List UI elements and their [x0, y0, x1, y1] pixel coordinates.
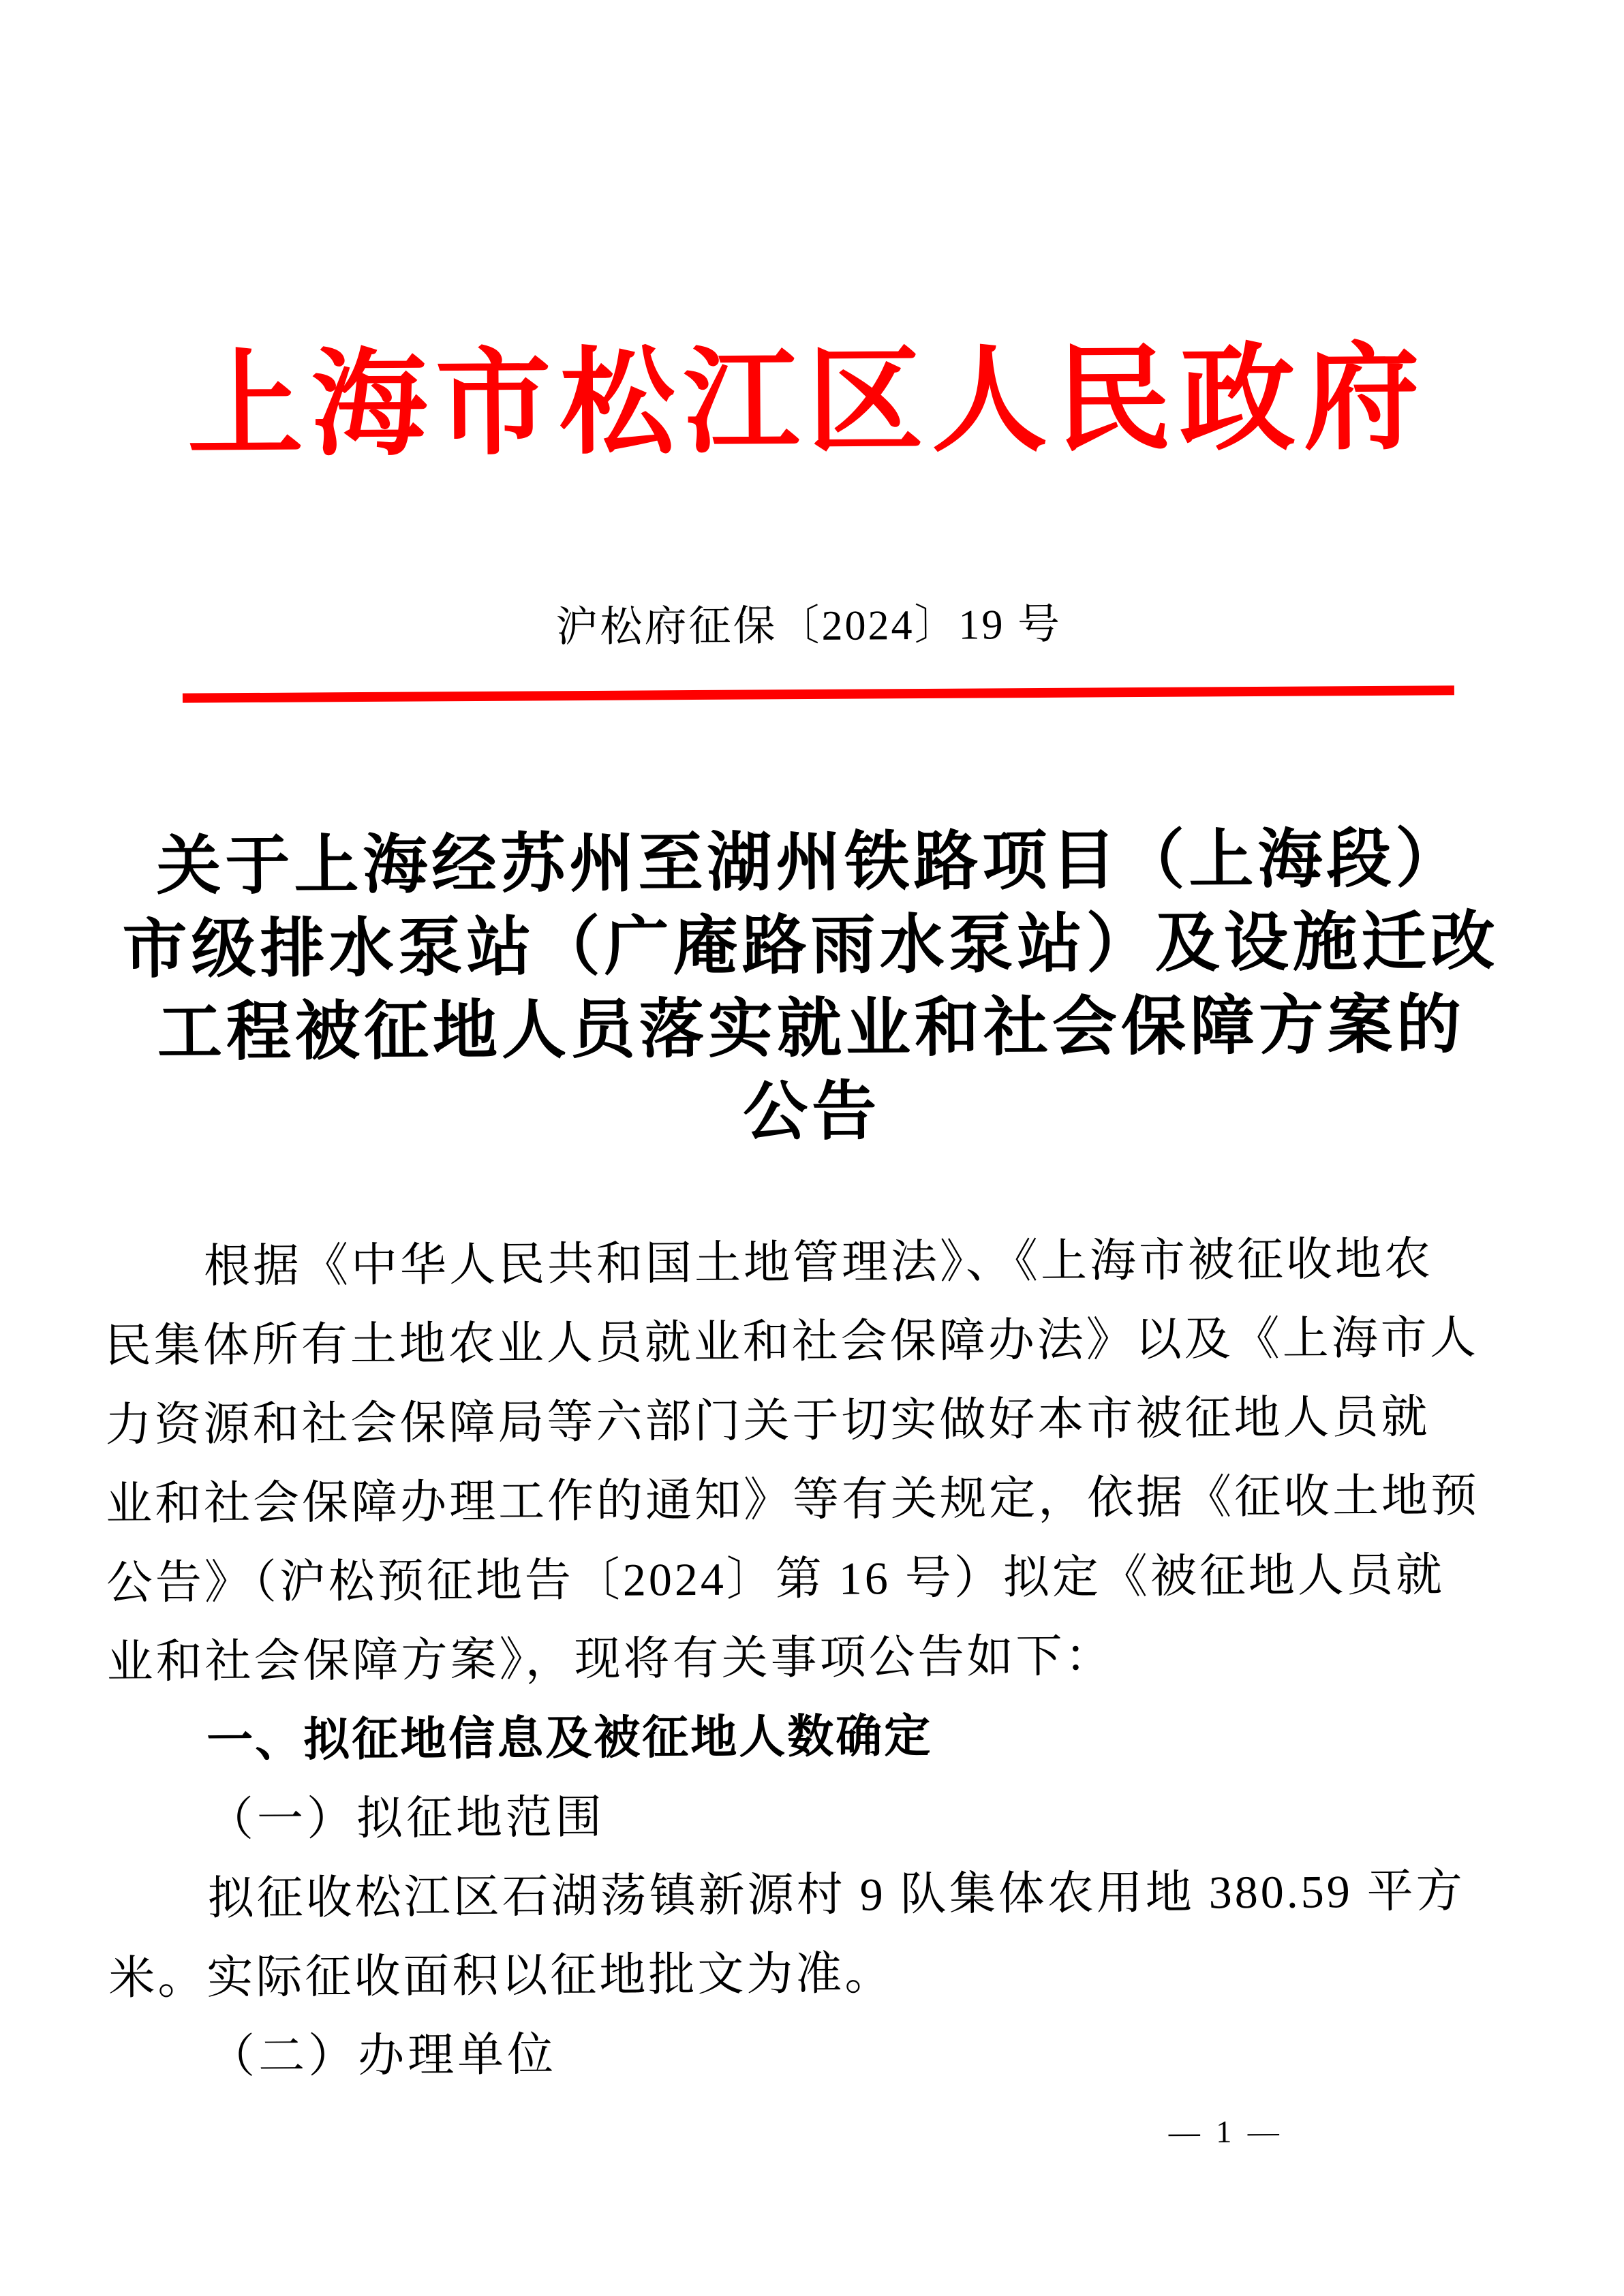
subsection-heading-1: （一）拟征地范围: [108, 1772, 1533, 1860]
paragraph-line: 力资源和社会保障局等六部门关于切实做好本市被征地人员就: [105, 1377, 1530, 1465]
issuing-authority-title: 上海市松江区人民政府: [0, 335, 1620, 472]
paragraph-line: 公告》（沪松预征地告〔2024〕第 16 号）拟定《被征地人员就: [106, 1535, 1531, 1623]
document-body: 根据《中华人民共和国土地管理法》、《上海市被征收地农 民集体所有土地农业人员就业…: [104, 1219, 1534, 2097]
paragraph-line: 业和社会保障方案》，现将有关事项公告如下：: [106, 1614, 1531, 1702]
title-line-2: 市级排水泵站（广庵路雨水泵站）及设施迁改: [0, 899, 1623, 993]
section-heading-1: 一、拟征地信息及被征地人数确定: [107, 1693, 1532, 1781]
paragraph-line: 根据《中华人民共和国土地管理法》、《上海市被征收地农: [104, 1219, 1529, 1307]
paragraph-line: 业和社会保障办理工作的通知》等有关规定，依据《征收土地预: [106, 1456, 1531, 1544]
title-line-4: 公告: [0, 1066, 1624, 1159]
document-title: 关于上海经苏州至湖州铁路项目（上海段） 市级排水泵站（广庵路雨水泵站）及设施迁改…: [0, 816, 1624, 1159]
paragraph-line: 拟征收松江区石湖荡镇新源村 9 队集体农用地 380.59 平方: [108, 1851, 1533, 1939]
document-reference-number: 沪松府征保〔2024〕19 号: [0, 587, 1621, 657]
header-divider-line: [183, 685, 1454, 702]
title-line-3: 工程被征地人员落实就业和社会保障方案的: [0, 982, 1623, 1076]
official-document-page: 上海市松江区人民政府 沪松府征保〔2024〕19 号 关于上海经苏州至湖州铁路项…: [0, 0, 1624, 2296]
scanned-content: 上海市松江区人民政府 沪松府征保〔2024〕19 号 关于上海经苏州至湖州铁路项…: [0, 0, 1624, 2296]
subsection-heading-2: （二）办理单位: [109, 2009, 1534, 2097]
paragraph-line: 米。实际征收面积以征地批文为准。: [108, 1930, 1533, 2018]
paragraph-line: 民集体所有土地农业人员就业和社会保障办法》以及《上海市人: [104, 1298, 1529, 1386]
title-line-1: 关于上海经苏州至湖州铁路项目（上海段）: [0, 816, 1623, 910]
page-number: — 1 —: [1169, 2113, 1283, 2150]
